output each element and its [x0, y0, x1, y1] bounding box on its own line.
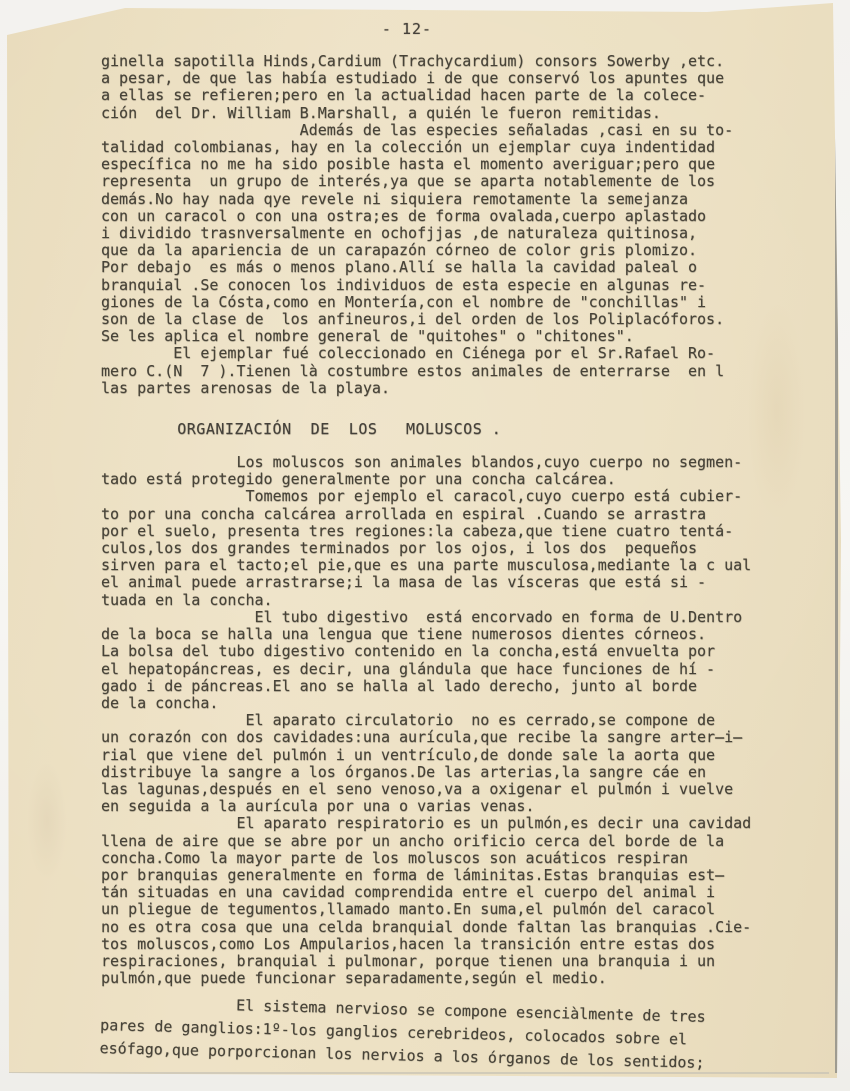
typed-line: giones de la Cósta,como en Montería,con …: [101, 294, 831, 311]
typed-line: a pesar, de que las había estudiado i de…: [101, 70, 831, 87]
typed-line: respiraciones, branquial i pulmonar, por…: [101, 953, 831, 970]
paper-edge-shadow: [9, 1072, 829, 1074]
typed-line: de la concha.: [101, 695, 831, 712]
typed-line: distribuye la sangre a los órganos.De la…: [101, 764, 831, 781]
typed-line: Por debajo es más o menos plano.Allí se …: [101, 259, 831, 276]
typed-line: con un caracol o con una ostra;es de for…: [101, 208, 831, 225]
closing-paragraph: El sistema nervioso se compone esenciàlm…: [99, 991, 830, 1078]
typed-line: representa un grupo de interés,ya que se…: [101, 173, 831, 190]
typed-line: concha.Como la mayor parte de los molusc…: [101, 850, 831, 867]
paper-stain: [27, 761, 67, 881]
typed-line: El aparato respiratorio es un pulmón,es …: [101, 815, 831, 832]
typed-line: talidad colombianas, hay en la colección…: [101, 139, 831, 156]
typed-line: en seguida a la aurícula por una o varia…: [101, 798, 831, 815]
page: - 12- ginella sapotilla Hinds,Cardium (T…: [7, 1, 841, 1078]
page-number: - 12-: [307, 21, 507, 38]
body-paragraphs: Los moluscos son animales blandos,cuyo c…: [101, 454, 831, 987]
typed-line: son de la clase de los anfineuros,i del …: [101, 311, 831, 328]
typed-line: mero C.(N 7 ).Tienen là costumbre estos …: [101, 363, 831, 380]
typed-content: ginella sapotilla Hinds,Cardium (Trachyc…: [101, 53, 831, 1060]
typed-line: un corazón con dos cavidades:una aurícul…: [101, 729, 831, 746]
typed-line: branquial .Se conocen los individuos de …: [101, 277, 831, 294]
typed-line: Tomemos por ejemplo el caracol,cuyo cuer…: [101, 488, 831, 505]
typed-line: El aparato circulatorio no es cerrado,se…: [101, 712, 831, 729]
intro-paragraphs: ginella sapotilla Hinds,Cardium (Trachyc…: [101, 53, 831, 397]
typed-line: i dividido trasnversalmente en ochofjjas…: [101, 225, 831, 242]
typed-line: el hepatopáncreas, es decir, una glándul…: [101, 661, 831, 678]
typed-line: sirven para el tacto;el pie,que es una p…: [101, 557, 831, 574]
typed-line: de la boca se halla una lengua que tiene…: [101, 626, 831, 643]
typed-line: el animal puede arrastrarse;i la masa de…: [101, 574, 831, 591]
typed-line: que da la apariencia de un carapazón cór…: [101, 242, 831, 259]
typed-line: El tubo digestivo está encorvado en form…: [101, 609, 831, 626]
typed-line: gado i de páncreas.El ano se halla al la…: [101, 678, 831, 695]
typed-line: El ejemplar fué coleccionado en Ciénega …: [101, 345, 831, 362]
typed-line: no es otra cosa que una celda branquial …: [101, 919, 831, 936]
typed-line: las lagunas,después en el seno venoso,va…: [101, 781, 831, 798]
typed-line: a ellas se refieren;pero en la actualida…: [101, 87, 831, 104]
typed-line: demás.No hay nada qye revele ni siquiera…: [101, 191, 831, 208]
typed-line: Además de las especies señaladas ,casi e…: [101, 122, 831, 139]
section-heading: ORGANIZACIÓN DE LOS MOLUSCOS .: [101, 421, 831, 438]
typed-line: to por una concha calcárea arrollada en …: [101, 506, 831, 523]
typed-line: tuada en la concha.: [101, 592, 831, 609]
typed-line: tado está protegido generalmente por una…: [101, 471, 831, 488]
typed-line: un pliegue de tegumentos,llamado manto.E…: [101, 901, 831, 918]
typed-line: Se les aplica el nombre general de "quit…: [101, 328, 831, 345]
typed-line: culos,los dos grandes terminados por los…: [101, 540, 831, 557]
typed-line: tos moluscos,como Los Ampularios,hacen l…: [101, 936, 831, 953]
typed-line: llena de aire que se abre por un ancho o…: [101, 833, 831, 850]
typed-line: Los moluscos son animales blandos,cuyo c…: [101, 454, 831, 471]
typed-line: por branquias generalmente en forma de l…: [101, 867, 831, 884]
typed-line: las partes arenosas de la playa.: [101, 380, 831, 397]
typed-line: tán situadas en una cavidad comprendida …: [101, 884, 831, 901]
typed-line: ción del Dr. William B.Marshall, a quién…: [101, 105, 831, 122]
typed-line: pulmón,que puede funcionar separadamente…: [101, 970, 831, 987]
typed-line: rial que viene del pulmón i un ventrícul…: [101, 747, 831, 764]
typed-line: por el suelo, presenta tres regiones:la …: [101, 523, 831, 540]
typed-line: específica no me ha sido posible hasta e…: [101, 156, 831, 173]
typed-line: La bolsa del tubo digestivo contenido en…: [101, 643, 831, 660]
typed-line: ginella sapotilla Hinds,Cardium (Trachyc…: [101, 53, 831, 70]
